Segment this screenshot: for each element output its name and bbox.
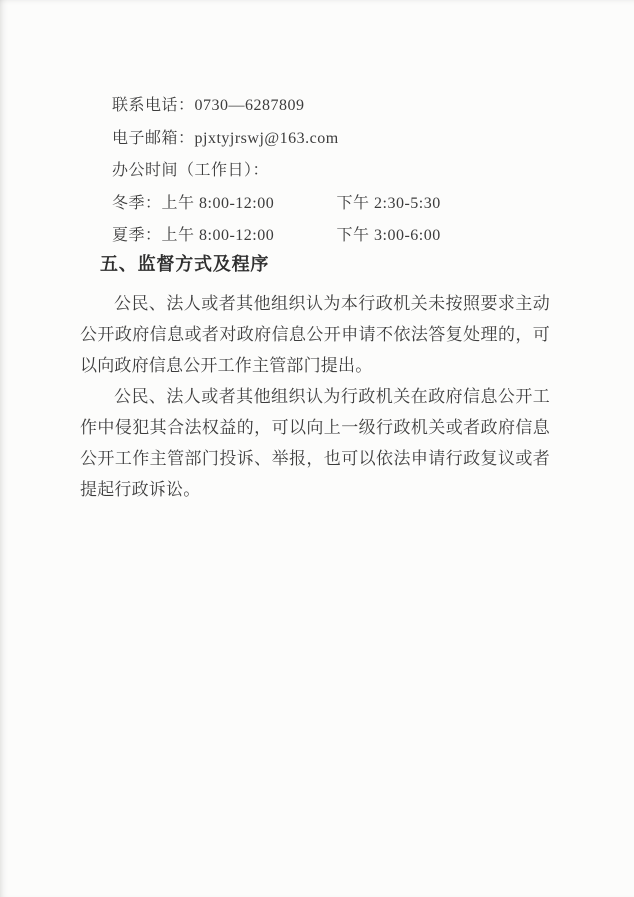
office-hours-label: 办公时间（工作日）： [80,155,550,188]
winter-afternoon-hours: 下午 2:30-5:30 [337,195,441,212]
winter-schedule-line: 冬季：上午 8:00-12:00 下午 2:30-5:30 [80,188,550,221]
section-heading: 五、监督方式及程序 [100,251,269,277]
email-line: 电子邮箱：pjxtyjrswj@163.com [80,123,550,156]
document-page: 联系电话：0730—6287809 电子邮箱：pjxtyjrswj@163.co… [0,0,634,897]
summer-schedule-line: 夏季：上午 8:00-12:00 下午 3:00-6:00 [80,220,550,253]
phone-line: 联系电话：0730—6287809 [80,90,550,123]
summer-morning-hours: 夏季：上午 8:00-12:00 [112,220,332,253]
summer-afternoon-hours: 下午 3:00-6:00 [337,227,441,244]
paragraph-1: 公民、法人或者其他组织认为本行政机关未按照要求主动公开政府信息或者对政府信息公开… [80,288,550,381]
contact-info-block: 联系电话：0730—6287809 电子邮箱：pjxtyjrswj@163.co… [80,90,550,253]
winter-morning-hours: 冬季：上午 8:00-12:00 [112,188,332,221]
supervision-paragraphs: 公民、法人或者其他组织认为本行政机关未按照要求主动公开政府信息或者对政府信息公开… [80,288,550,505]
paragraph-2: 公民、法人或者其他组织认为行政机关在政府信息公开工作中侵犯其合法权益的，可以向上… [80,381,550,505]
